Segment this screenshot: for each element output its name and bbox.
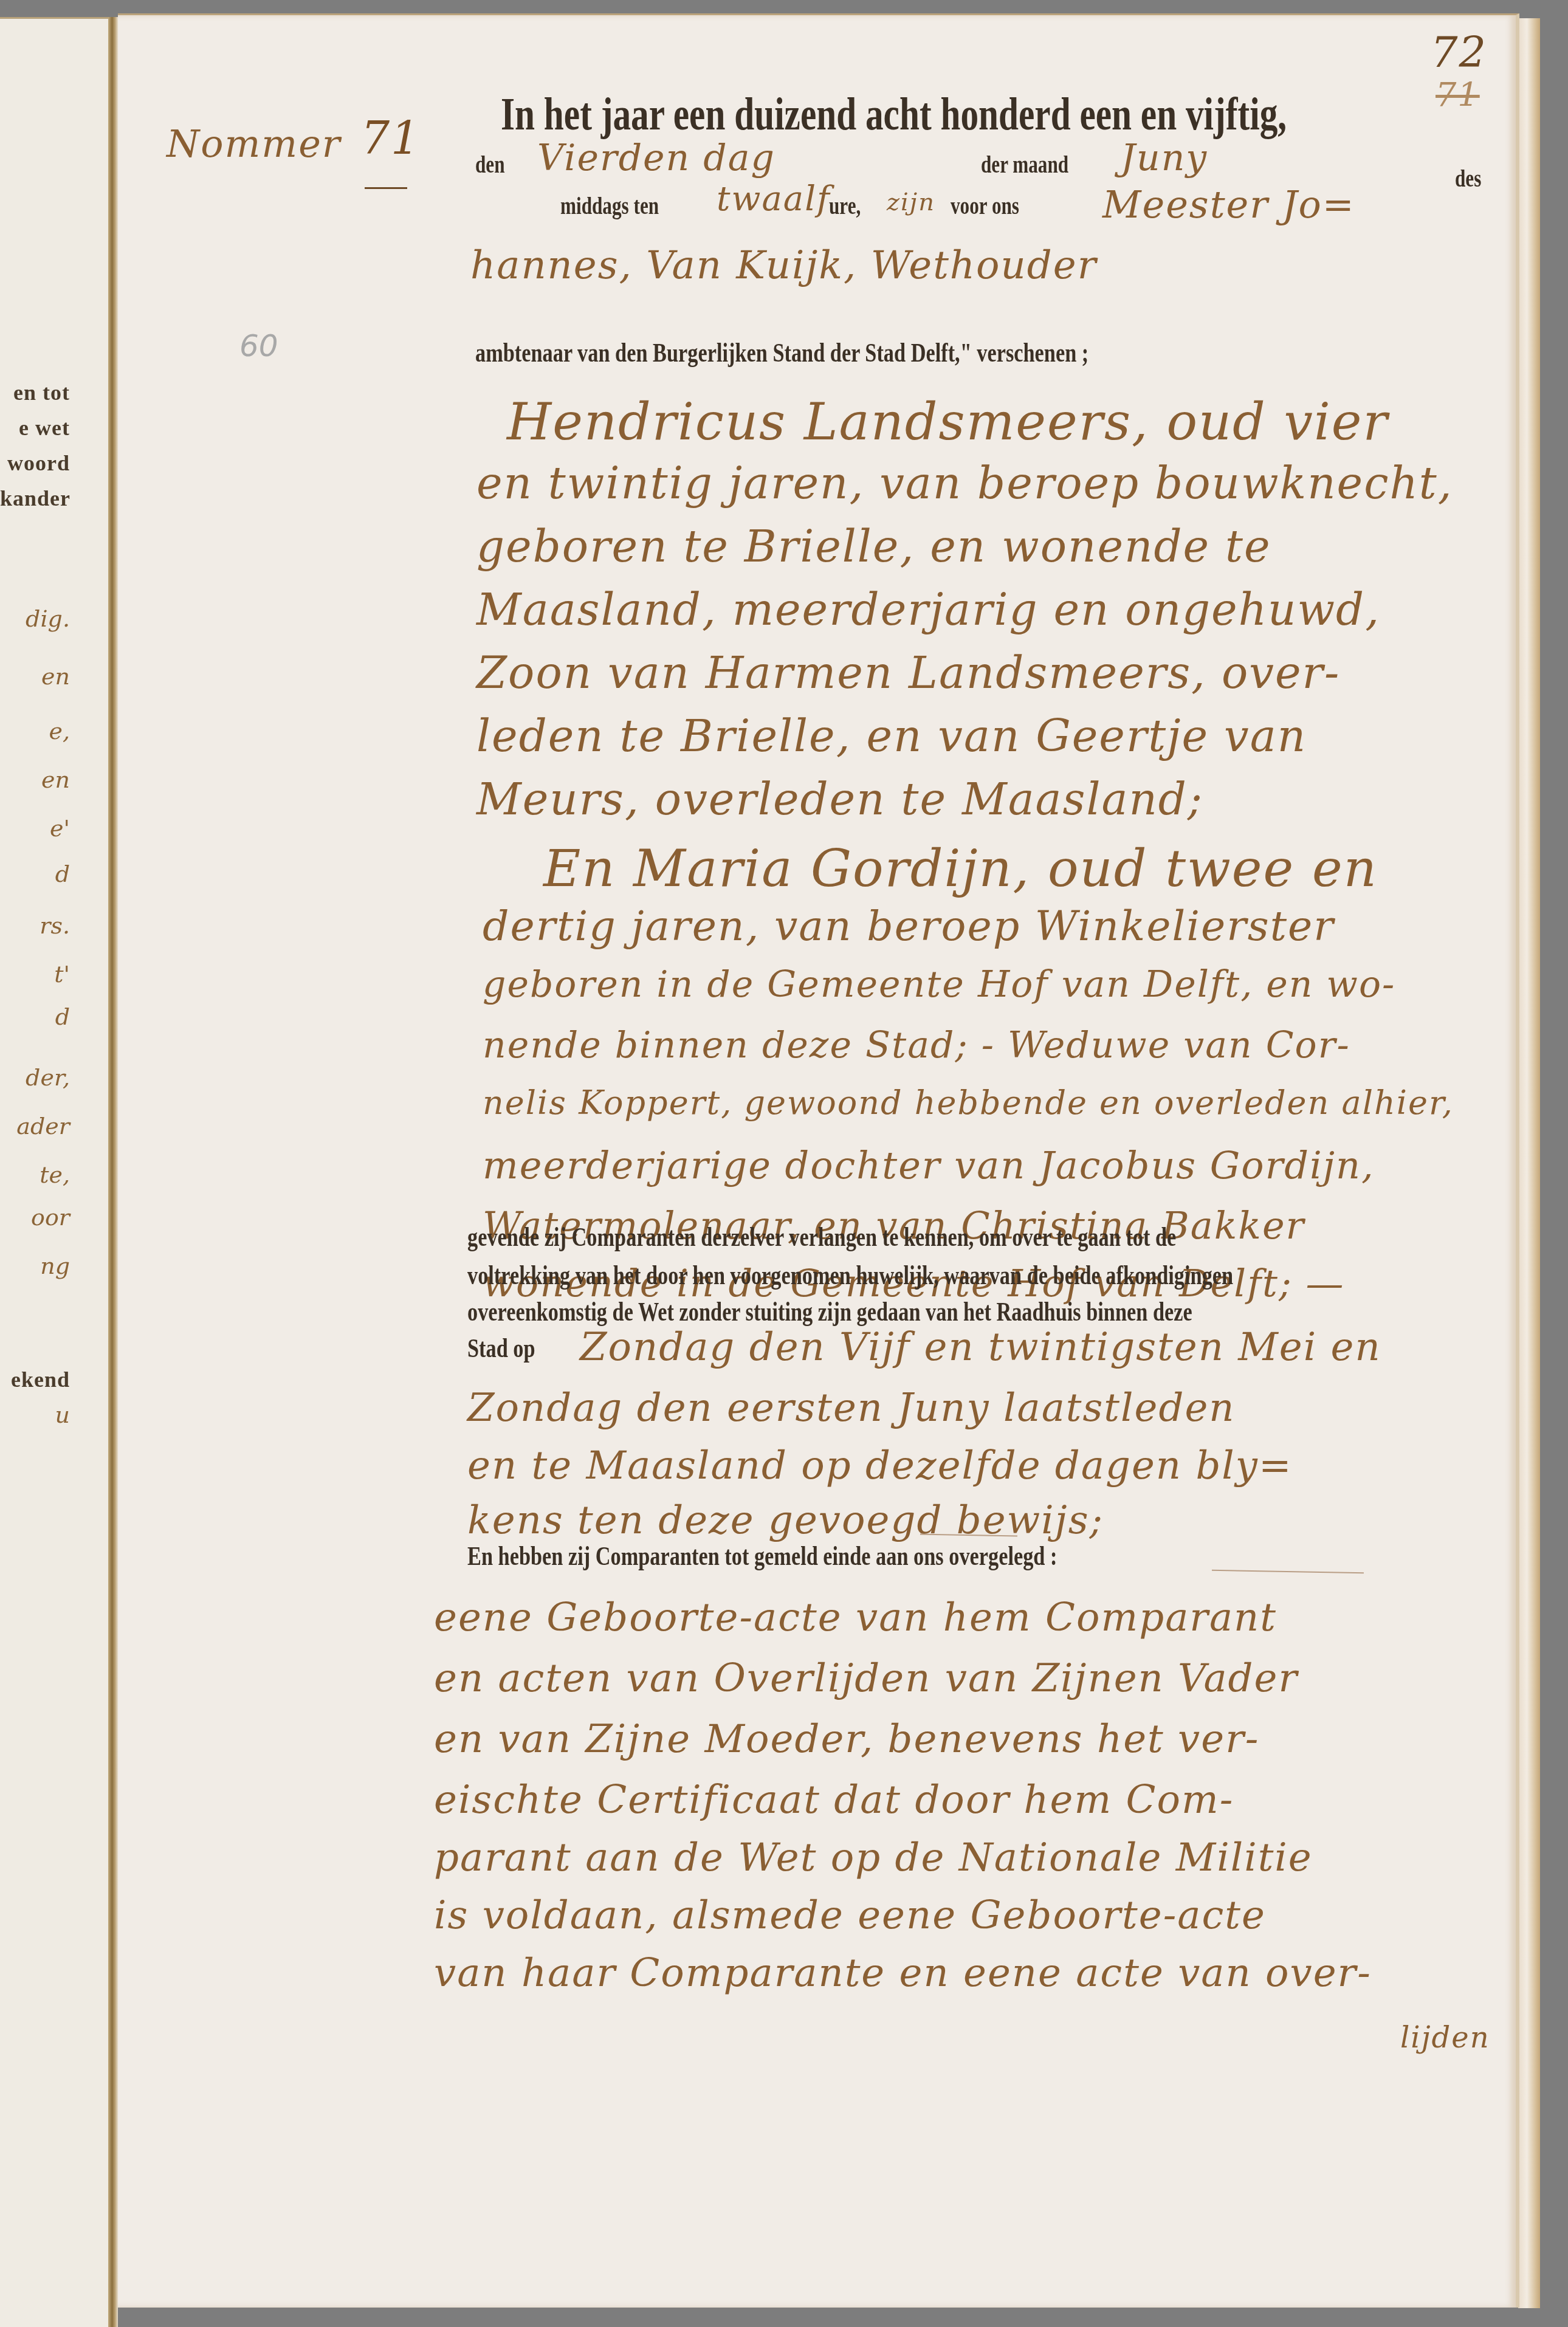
left-printed-fragment: en tot: [0, 375, 70, 410]
left-hand-fragment: ng: [0, 1234, 70, 1298]
filler-line: [1212, 1570, 1364, 1573]
left-hand-fragment: u: [0, 1383, 70, 1446]
bride-line: geboren in de Gemeente Hof van Delft, en…: [483, 963, 1395, 1006]
book-gutter: [108, 17, 118, 2327]
left-page: en tot e wet woord kander dig. en e, en …: [0, 17, 112, 2327]
document-page: 72 71 Nommer 71 60 In het jaar een duize…: [118, 13, 1519, 2308]
groom-line: geboren te Brielle, en wonende te: [476, 521, 1271, 572]
bride-line: meerderjarige dochter van Jacobus Gordij…: [483, 1143, 1375, 1188]
header-ure: ure,: [829, 191, 861, 220]
record-number-underline: [365, 187, 407, 189]
header-des: des: [1455, 164, 1481, 193]
documents-line: eischte Certificaat dat door hem Com-: [434, 1778, 1234, 1823]
page-number-struck: 71: [1436, 76, 1480, 114]
record-number: 71: [361, 112, 421, 165]
bride-line: dertig jaren, van beroep Winkelierster: [483, 902, 1335, 950]
documents-line: eene Geboorte-acte van hem Comparant: [434, 1595, 1277, 1640]
documents-line: is voldaan, alsmede eene Geboorte-acte: [434, 1893, 1266, 1938]
bride-line: En Maria Gordijn, oud twee en: [543, 839, 1378, 898]
proclamation-line: Zondag den eersten Juny laatstleden: [467, 1386, 1235, 1431]
hand-zijn: zijn: [887, 188, 935, 216]
record-number-label: Nommer: [167, 122, 342, 166]
printed-line: overeenkomstig de Wet zonder stuiting zi…: [467, 1296, 1192, 1327]
printed-line: gevende zij Comparanten derzelver verlan…: [467, 1222, 1176, 1253]
documents-line: en acten van Overlijden van Zijnen Vader: [434, 1656, 1298, 1701]
header-line-1: In het jaar een duizend acht honderd een…: [501, 88, 1287, 141]
left-hand-fragment: dig.: [0, 587, 70, 650]
groom-line: Zoon van Harmen Landsmeers, over-: [476, 647, 1340, 698]
left-hand-fragment: en: [0, 645, 70, 708]
documents-line: en van Zijne Moeder, benevens het ver-: [434, 1717, 1259, 1762]
header-der-maand: der maand: [981, 150, 1068, 179]
left-printed-fragment: e wet: [0, 410, 70, 445]
bride-line: nelis Koppert, gewoond hebbende en overl…: [483, 1084, 1454, 1122]
hand-hour: twaalf: [717, 179, 831, 219]
documents-line: van haar Comparante en eene acte van ove…: [434, 1951, 1372, 1996]
header-voor-ons: voor ons: [951, 191, 1019, 220]
header-line-4: ambtenaar van den Burgerlijken Stand der…: [475, 337, 1088, 368]
left-printed-fragment: kander: [0, 481, 70, 516]
left-printed-fragment: woord: [0, 445, 70, 481]
documents-line: parant aan de Wet op de Nationale Militi…: [434, 1835, 1313, 1880]
header-den: den: [475, 150, 505, 179]
left-hand-fragment: d: [0, 985, 70, 1048]
proclamation-line: en te Maasland op dezelfde dagen bly=: [467, 1443, 1293, 1488]
hand-official-2: hannes, Van Kuijk, Wethouder: [470, 243, 1097, 288]
hand-day: Vierden dag: [537, 137, 775, 179]
groom-line: leden te Brielle, en van Geertje van: [476, 710, 1307, 761]
hand-official-1: Meester Jo=: [1102, 182, 1355, 227]
printed-line: voltrekking van het door hen voorgenomen…: [467, 1260, 1233, 1291]
groom-line: Meurs, overleden te Maasland;: [476, 774, 1203, 825]
bride-line: nende binnen deze Stad; - Weduwe van Cor…: [483, 1024, 1350, 1067]
groom-line: Hendricus Landsmeers, oud vier: [507, 392, 1389, 452]
pencil-note: 60: [239, 328, 278, 363]
proclamation-line: Zondag den Vijf en twintigsten Mei en: [580, 1325, 1381, 1370]
printed-line: Stad op: [467, 1333, 535, 1364]
catchword: lijden: [1400, 2021, 1490, 2055]
groom-line: en twintig jaren, van beroep bouwknecht,: [476, 458, 1453, 509]
groom-line: Maasland, meerderjarig en ongehuwd,: [476, 584, 1380, 635]
page-edge: [1518, 18, 1540, 2308]
page-number: 72: [1431, 27, 1487, 77]
documents-intro: En hebben zij Comparanten tot gemeld ein…: [467, 1541, 1057, 1572]
header-middags-ten: middags ten: [560, 191, 659, 220]
hand-month: Juny: [1121, 137, 1208, 179]
